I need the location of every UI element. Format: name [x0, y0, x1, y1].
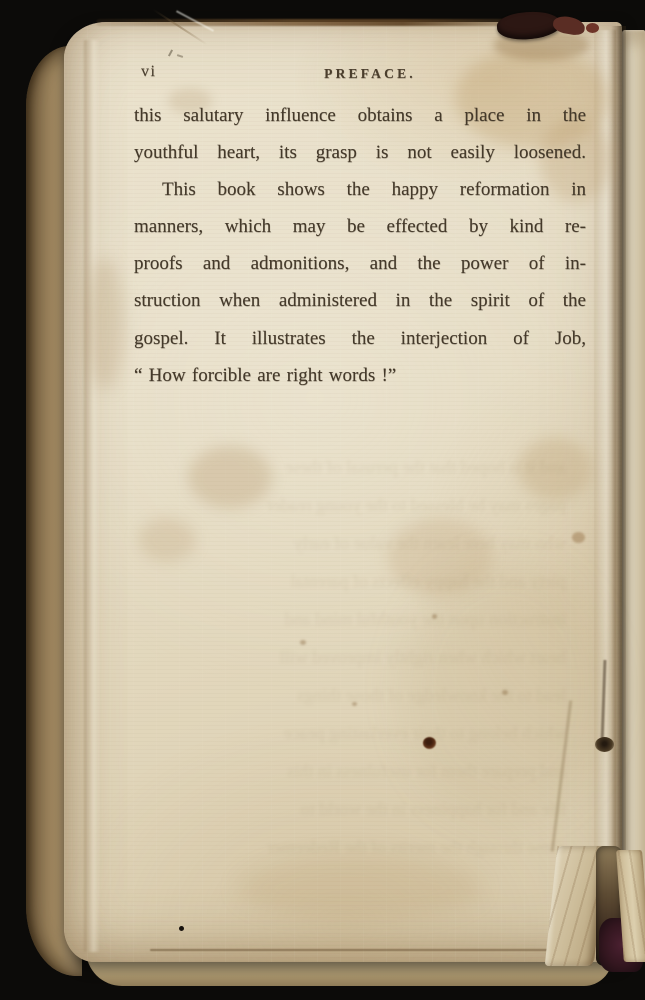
foxing-spot	[352, 702, 357, 706]
body-line: gospel. It illustrates the interjection …	[134, 320, 586, 357]
stain	[86, 258, 124, 390]
body-text: this salutary influence obtains a place …	[134, 97, 586, 394]
tear-hole	[595, 737, 614, 752]
black-speck	[179, 926, 184, 931]
foxing-spot	[572, 532, 585, 543]
foxing-spot	[300, 640, 306, 645]
body-line: this salutary influence obtains a place …	[134, 97, 586, 134]
body-line: This book shows the happy reformation in	[134, 171, 586, 208]
body-line: “ How forcible are right words !”	[134, 357, 586, 394]
page-top-edge	[96, 19, 534, 26]
body-line: youthful heart, its grasp is not easily …	[134, 134, 586, 171]
dark-spot	[423, 737, 436, 749]
stain	[138, 518, 196, 562]
bottom-edge-crease	[150, 949, 590, 951]
binding-remnant-spot	[586, 23, 599, 33]
foxing-spot	[432, 614, 437, 619]
stain	[188, 446, 272, 508]
gutter-fold	[84, 40, 100, 952]
page-gap-shadow	[611, 26, 626, 960]
body-line: struction when administered in the spiri…	[134, 282, 586, 319]
running-header: PREFACE.	[134, 66, 586, 82]
foxing-spot	[502, 690, 508, 695]
photo-of-book-page: { "content": { "page_number": "vi", "run…	[0, 0, 645, 1000]
body-line: manners, which may be effected by kind r…	[134, 208, 586, 245]
body-line: proofs and admonitions, and the power of…	[134, 245, 586, 282]
stain	[238, 856, 482, 920]
stain	[518, 438, 592, 500]
